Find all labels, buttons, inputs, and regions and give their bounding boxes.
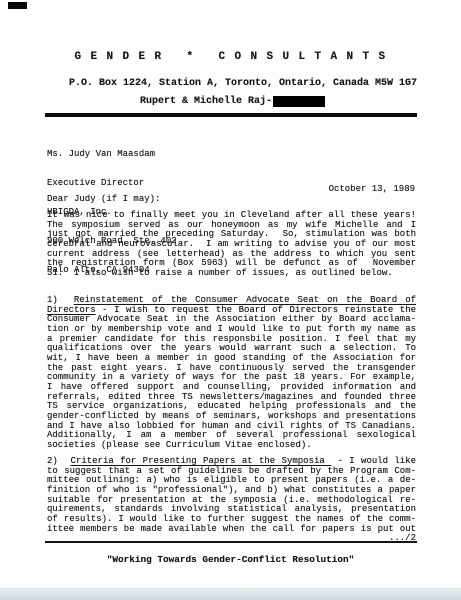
redaction-bar xyxy=(273,96,325,107)
letterhead-names: Rupert & Michelle Raj- xyxy=(140,95,325,107)
letterhead-title: G E N D E R * C O N S U L T A N T S xyxy=(0,51,461,63)
scan-artifact-mark xyxy=(8,2,27,9)
recipient-line: Ms. Judy Van Maasdam xyxy=(47,150,177,160)
letterhead-rule xyxy=(45,113,417,117)
scanned-letter-page: G E N D E R * C O N S U L T A N T S P.O.… xyxy=(0,0,461,600)
letter-line: societies (please see Curriculum Vitae e… xyxy=(47,441,416,451)
letter-date: October 13, 1989 xyxy=(329,184,415,194)
block-intro: It was nice to finally meet you in Cleve… xyxy=(47,211,416,279)
block-section-1: 1) Reinstatement of the Consumer Advocat… xyxy=(47,296,416,451)
block-section-2: 2) Criteria for Presenting Papers at the… xyxy=(47,457,416,544)
salutation: Dear Judy (if I may): xyxy=(47,194,160,204)
letterhead-address: P.O. Box 1224, Station A, Toronto, Ontar… xyxy=(69,78,417,89)
letterhead-names-text: Rupert & Michelle Raj- xyxy=(140,96,272,107)
letter-line: 31. I also wish to raise a number of iss… xyxy=(47,269,416,279)
scan-edge-band xyxy=(0,588,461,600)
footer-motto: "Working Towards Gender-Conflict Resolut… xyxy=(0,554,461,565)
recipient-line: Executive Director xyxy=(47,179,177,189)
letter-line: ittee members be made available when the… xyxy=(47,525,416,535)
footer-rule xyxy=(45,541,417,543)
